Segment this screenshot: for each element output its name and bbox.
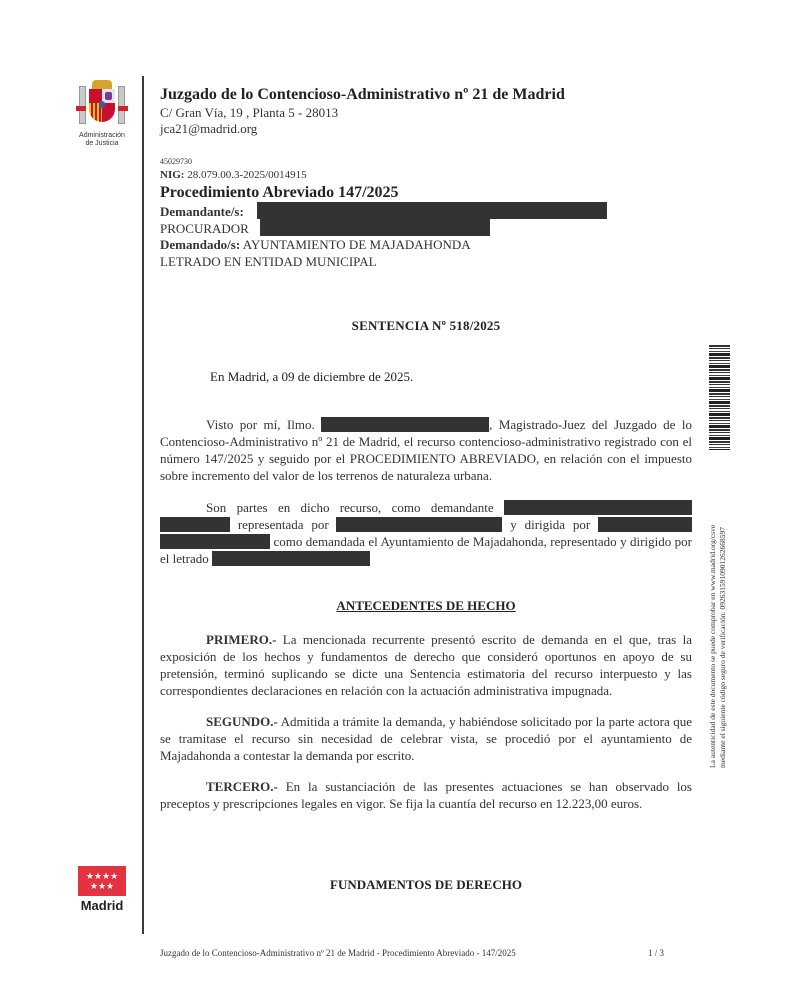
madrid-wordmark: Madrid	[76, 898, 128, 913]
nig-label: NIG:	[160, 169, 184, 181]
p2-c: y dirigida por	[502, 517, 598, 532]
redacted-judge	[321, 417, 489, 432]
redacted-lawyer-cont	[160, 534, 270, 549]
p2-a: Son partes en dicho recurso, como demand…	[206, 500, 504, 515]
justice-administration-logo: Administración de Justicia	[74, 80, 130, 148]
paragraph-primero: PRIMERO.- La mencionada recurrente prese…	[160, 631, 692, 699]
redacted-plaintiff	[257, 202, 607, 219]
logo-caption: Administración de Justicia	[74, 132, 130, 148]
redacted-plaintiff-name	[504, 500, 692, 515]
document-code: 45029730	[160, 157, 192, 166]
footer-text: Juzgado de lo Contencioso-Administrativo…	[160, 948, 516, 958]
paragraph-tercero: TERCERO.- En la sustanciación de las pre…	[160, 778, 692, 812]
court-email: jca21@madrid.org	[160, 121, 257, 137]
plaintiff-label: Demandante/s:	[160, 204, 244, 219]
p2-b: representada por	[230, 517, 336, 532]
fundamentos-heading: FUNDAMENTOS DE DERECHO	[160, 877, 692, 893]
redacted-representative	[336, 517, 502, 532]
court-name: Juzgado de lo Contencioso-Administrativo…	[160, 86, 565, 104]
margin-rule	[142, 76, 144, 934]
defendant-value: AYUNTAMIENTO DE MAJADAHONDA	[240, 237, 470, 252]
plaintiff-row: Demandante/s:	[160, 204, 244, 220]
segundo-label: SEGUNDO.-	[206, 714, 278, 729]
nig: NIG: 28.079.00.3-2025/0014915	[160, 169, 307, 181]
sentence-title: SENTENCIA Nº 518/2025	[160, 318, 692, 334]
defendant-label: Demandado/s:	[160, 237, 240, 252]
redacted-procurador	[260, 219, 490, 236]
paragraph-segundo: SEGUNDO.- Admitida a trámite la demanda,…	[160, 713, 692, 764]
sentence-date: En Madrid, a 09 de diciembre de 2025.	[210, 369, 413, 385]
redacted-municipal-lawyer	[212, 551, 370, 566]
p1-start: Visto por mí, Ilmo.	[206, 417, 321, 432]
comunidad-madrid-logo: ★★★★ ★★★ Madrid	[76, 866, 128, 913]
verification-line1: La autenticidad de este documento se pue…	[708, 525, 717, 768]
defendant-row: Demandado/s: AYUNTAMIENTO DE MAJADAHONDA	[160, 237, 471, 253]
procurador-label: PROCURADOR	[160, 221, 249, 237]
antecedentes-heading: ANTECEDENTES DE HECHO	[160, 598, 692, 614]
primero-label: PRIMERO.-	[206, 632, 276, 647]
redacted-plaintiff-name-cont	[160, 517, 230, 532]
paragraph-visto: Visto por mí, Ilmo. , Magistrado-Juez de…	[160, 416, 692, 484]
redacted-lawyer	[598, 517, 692, 532]
logo-caption-line2: de Justicia	[74, 140, 130, 148]
court-address: C/ Gran Vía, 19 , Planta 5 - 28013	[160, 105, 338, 121]
defendant-lawyer: LETRADO EN ENTIDAD MUNICIPAL	[160, 254, 377, 270]
barcode-icon	[709, 345, 730, 450]
tercero-label: TERCERO.-	[206, 779, 278, 794]
nig-value: 28.079.00.3-2025/0014915	[184, 169, 306, 181]
page-number: 1 / 3	[648, 948, 664, 958]
coat-of-arms-icon	[76, 80, 128, 130]
paragraph-partes: Son partes en dicho recurso, como demand…	[160, 499, 692, 567]
logo-caption-line1: Administración	[74, 132, 130, 140]
madrid-flag-icon: ★★★★ ★★★	[78, 866, 126, 896]
verification-line2: mediante el siguiente código seguro de v…	[718, 527, 727, 768]
procedure-title: Procedimiento Abreviado 147/2025	[160, 184, 399, 202]
